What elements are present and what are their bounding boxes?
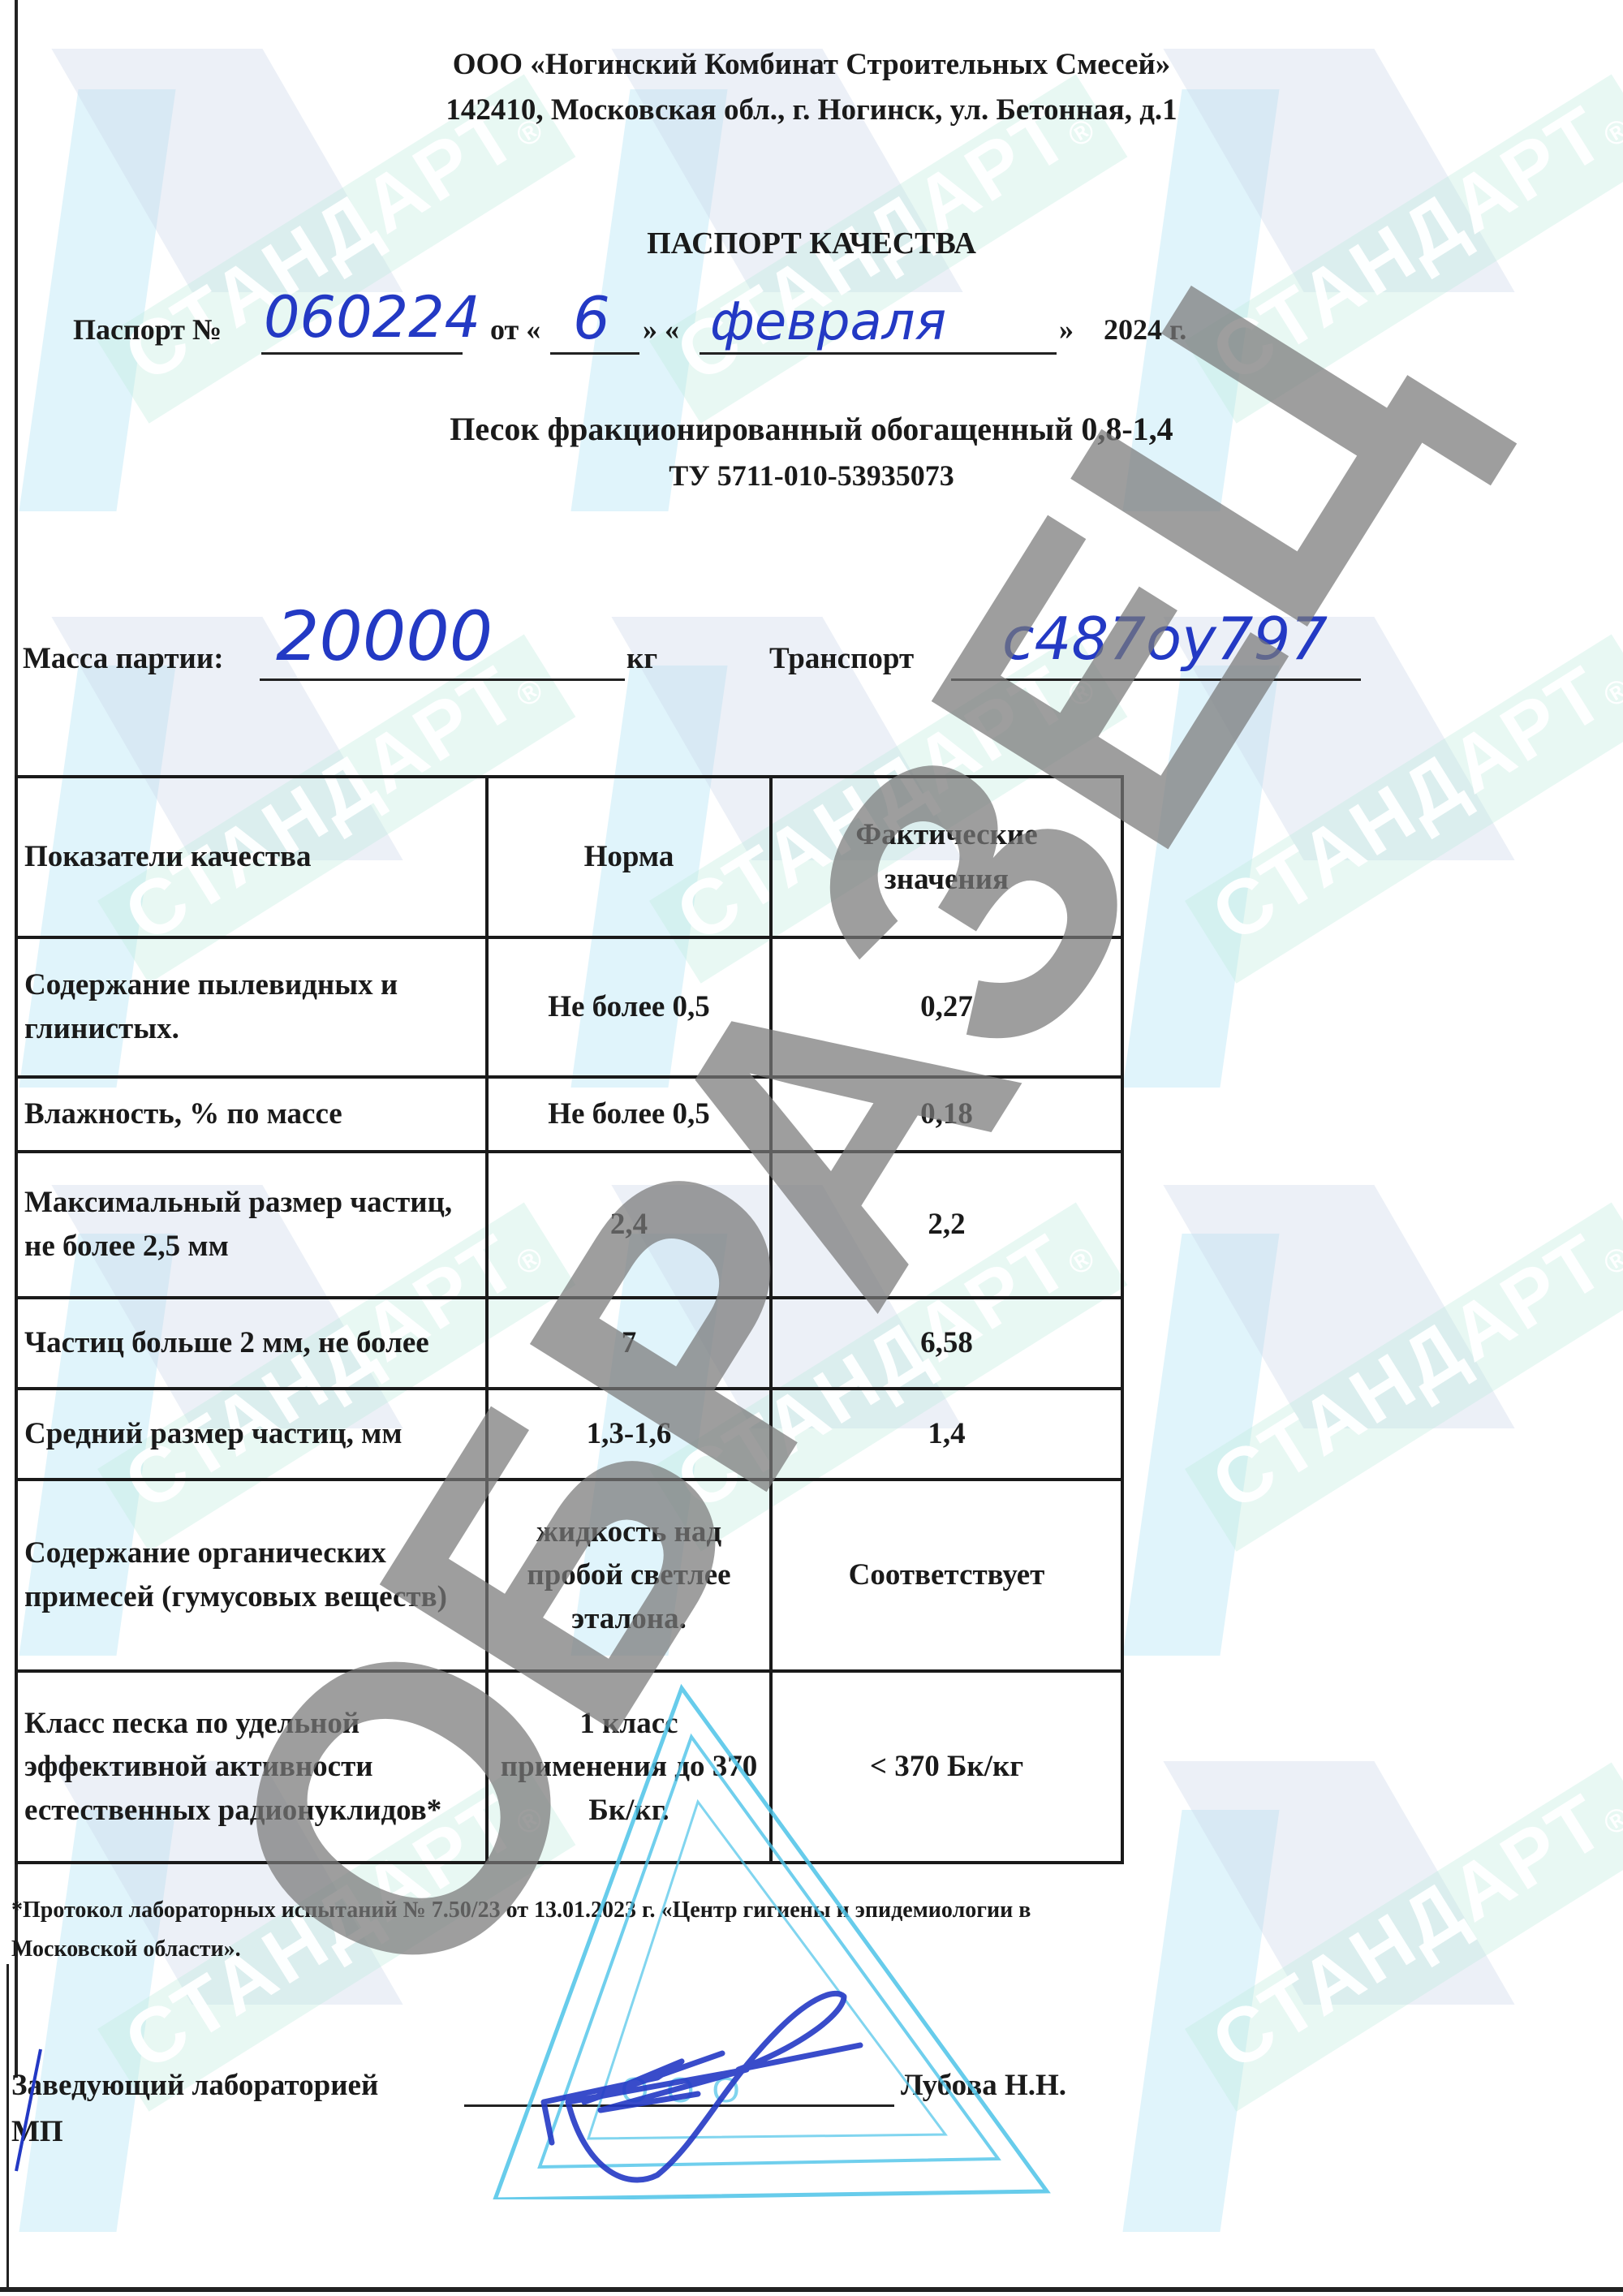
cell-actual: 0,18 [771, 1077, 1122, 1152]
table-row: Класс песка по удельной эффективной акти… [16, 1671, 1122, 1863]
date-month-handwritten: февраля [710, 292, 946, 352]
batch-mass-label: Масса партии: [23, 641, 224, 676]
cell-norm: 7 [487, 1298, 771, 1389]
cell-indicator: Содержание пылевидных и глинистых. [16, 937, 487, 1077]
transport-handwritten: с487оу797 [1002, 605, 1328, 673]
cell-actual: 6,58 [771, 1298, 1122, 1389]
passport-line: Паспорт № [73, 312, 222, 347]
passport-number-handwritten: 060224 [264, 284, 480, 351]
signature-role-label: Заведующий лабораторией [11, 2068, 378, 2103]
cell-indicator: Средний размер частиц, мм [16, 1389, 487, 1480]
seal-checkmark-icon [8, 2045, 49, 2175]
document-page: ООО «Ногинский Комбинат Строительных Сме… [0, 0, 1623, 2296]
cell-actual: 1,4 [771, 1389, 1122, 1480]
batch-mass-unit: кг [626, 641, 657, 676]
date-day-underline [550, 352, 639, 355]
cell-indicator: Класс песка по удельной эффективной акти… [16, 1671, 487, 1863]
date-close-quote: » [1059, 312, 1074, 347]
cell-norm: 1 класс применения до 370 Бк/кг. [487, 1671, 771, 1863]
cell-actual: 2,2 [771, 1152, 1122, 1298]
column-header-actual: Фактические значения [771, 777, 1122, 937]
transport-underline [951, 678, 1361, 681]
product-name: Песок фракционированный обогащенный 0,8-… [0, 410, 1623, 448]
date-from-label: от « [490, 312, 540, 347]
document-title: ПАСПОРТ КАЧЕСТВА [0, 226, 1623, 261]
product-spec: ТУ 5711-010-53935073 [0, 459, 1623, 493]
company-address: 142410, Московская обл., г. Ногинск, ул.… [0, 93, 1623, 127]
cell-norm: 2,4 [487, 1152, 771, 1298]
table-row: Средний размер частиц, мм 1,3-1,6 1,4 [16, 1389, 1122, 1480]
signature-underline [464, 2104, 894, 2107]
table-row: Максимальный размер частиц, не более 2,5… [16, 1152, 1122, 1298]
company-name: ООО «Ногинский Комбинат Строительных Сме… [0, 47, 1623, 82]
footnote: *Протокол лабораторных испытаний № 7.50/… [11, 1891, 1131, 1968]
batch-mass-underline [260, 678, 625, 681]
cell-indicator: Влажность, % по массе [16, 1077, 487, 1152]
cell-indicator: Содержание органических примесей (гумусо… [16, 1480, 487, 1671]
table-header-row: Показатели качества Норма Фактические зн… [16, 777, 1122, 937]
cell-norm: жидкость над пробой светлее эталона. [487, 1480, 771, 1671]
table-row: Частиц больше 2 мм, не более 7 6,58 [16, 1298, 1122, 1389]
column-header-indicator: Показатели качества [16, 777, 487, 937]
batch-mass-handwritten: 20000 [276, 597, 493, 676]
passport-number-underline [261, 352, 463, 355]
date-day-handwritten: 6 [573, 284, 610, 352]
table-row: Содержание пылевидных и глинистых. Не бо… [16, 937, 1122, 1077]
date-separator: » « [643, 312, 679, 347]
cell-actual: 0,27 [771, 937, 1122, 1077]
table-row: Влажность, % по массе Не более 0,5 0,18 [16, 1077, 1122, 1152]
cell-actual: Соответствует [771, 1480, 1122, 1671]
date-month-underline [700, 352, 1057, 355]
cell-norm: 1,3-1,6 [487, 1389, 771, 1480]
table-row: Содержание органических примесей (гумусо… [16, 1480, 1122, 1671]
cell-norm: Не более 0,5 [487, 1077, 771, 1152]
transport-label: Транспорт [769, 641, 914, 676]
column-header-norm: Норма [487, 777, 771, 937]
cell-actual: < 370 Бк/кг [771, 1671, 1122, 1863]
cell-indicator: Максимальный размер частиц, не более 2,5… [16, 1152, 487, 1298]
passport-label: Паспорт № [73, 313, 222, 346]
signatory-name: Лубова Н.Н. [901, 2068, 1066, 2103]
quality-table: Показатели качества Норма Фактические зн… [15, 775, 1124, 1864]
date-year: 2024 г. [1104, 312, 1186, 347]
cell-indicator: Частиц больше 2 мм, не более [16, 1298, 487, 1389]
cell-norm: Не более 0,5 [487, 937, 771, 1077]
